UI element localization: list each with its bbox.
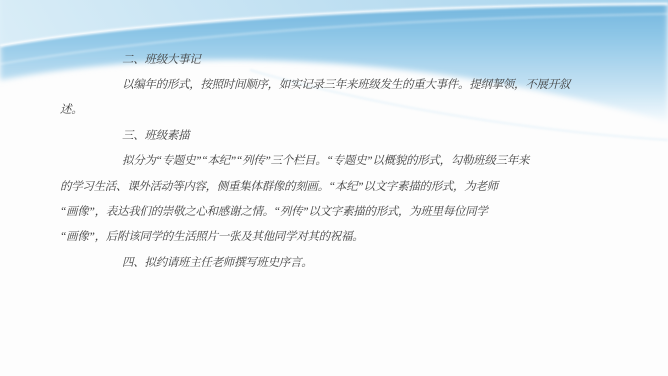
text-line-content: 以编年的形式，按照时间顺序，如实记录三年来班级发生的重大事件。提纲挈领，不展开叙	[122, 76, 570, 92]
text-line: 四、拟约请班主任老师撰写班史序言。	[60, 249, 626, 274]
text-line-content: “画像”，后附该同学的生活照片一张及其他同学对其的祝福。	[60, 228, 363, 244]
text-line-content: 三、班级素描	[122, 127, 189, 143]
text-line-content: 拟分为“专题史”“本纪”“列传”三个栏目。“专题史”以概貌的形式，勾勒班级三年来	[122, 152, 529, 168]
text-line-content: “画像”，表达我们的崇敬之心和感谢之情。“列传”以文字素描的形式，为班里每位同学	[60, 203, 488, 219]
text-line: 二、班级大事记	[60, 46, 626, 71]
text-line-content: 的学习生活、课外活动等内容，侧重集体群像的刻画。“本纪”以文字素描的形式，为老师	[60, 178, 498, 194]
text-line: 三、班级素描	[60, 122, 626, 147]
text-line: 的学习生活、课外活动等内容，侧重集体群像的刻画。“本纪”以文字素描的形式，为老师	[60, 173, 626, 198]
text-line-content: 述。	[60, 101, 82, 117]
text-line: “画像”，表达我们的崇敬之心和感谢之情。“列传”以文字素描的形式，为班里每位同学	[60, 198, 626, 223]
text-line: 述。	[60, 97, 626, 122]
slide-canvas: 二、班级大事记以编年的形式，按照时间顺序，如实记录三年来班级发生的重大事件。提纲…	[0, 0, 668, 376]
text-line: “画像”，后附该同学的生活照片一张及其他同学对其的祝福。	[60, 224, 626, 249]
text-line: 拟分为“专题史”“本纪”“列传”三个栏目。“专题史”以概貌的形式，勾勒班级三年来	[60, 148, 626, 173]
text-line-content: 二、班级大事记	[122, 51, 200, 67]
text-line-content: 四、拟约请班主任老师撰写班史序言。	[122, 254, 312, 270]
slide-text-block: 二、班级大事记以编年的形式，按照时间顺序，如实记录三年来班级发生的重大事件。提纲…	[60, 46, 626, 275]
text-line: 以编年的形式，按照时间顺序，如实记录三年来班级发生的重大事件。提纲挈领，不展开叙	[60, 71, 626, 96]
